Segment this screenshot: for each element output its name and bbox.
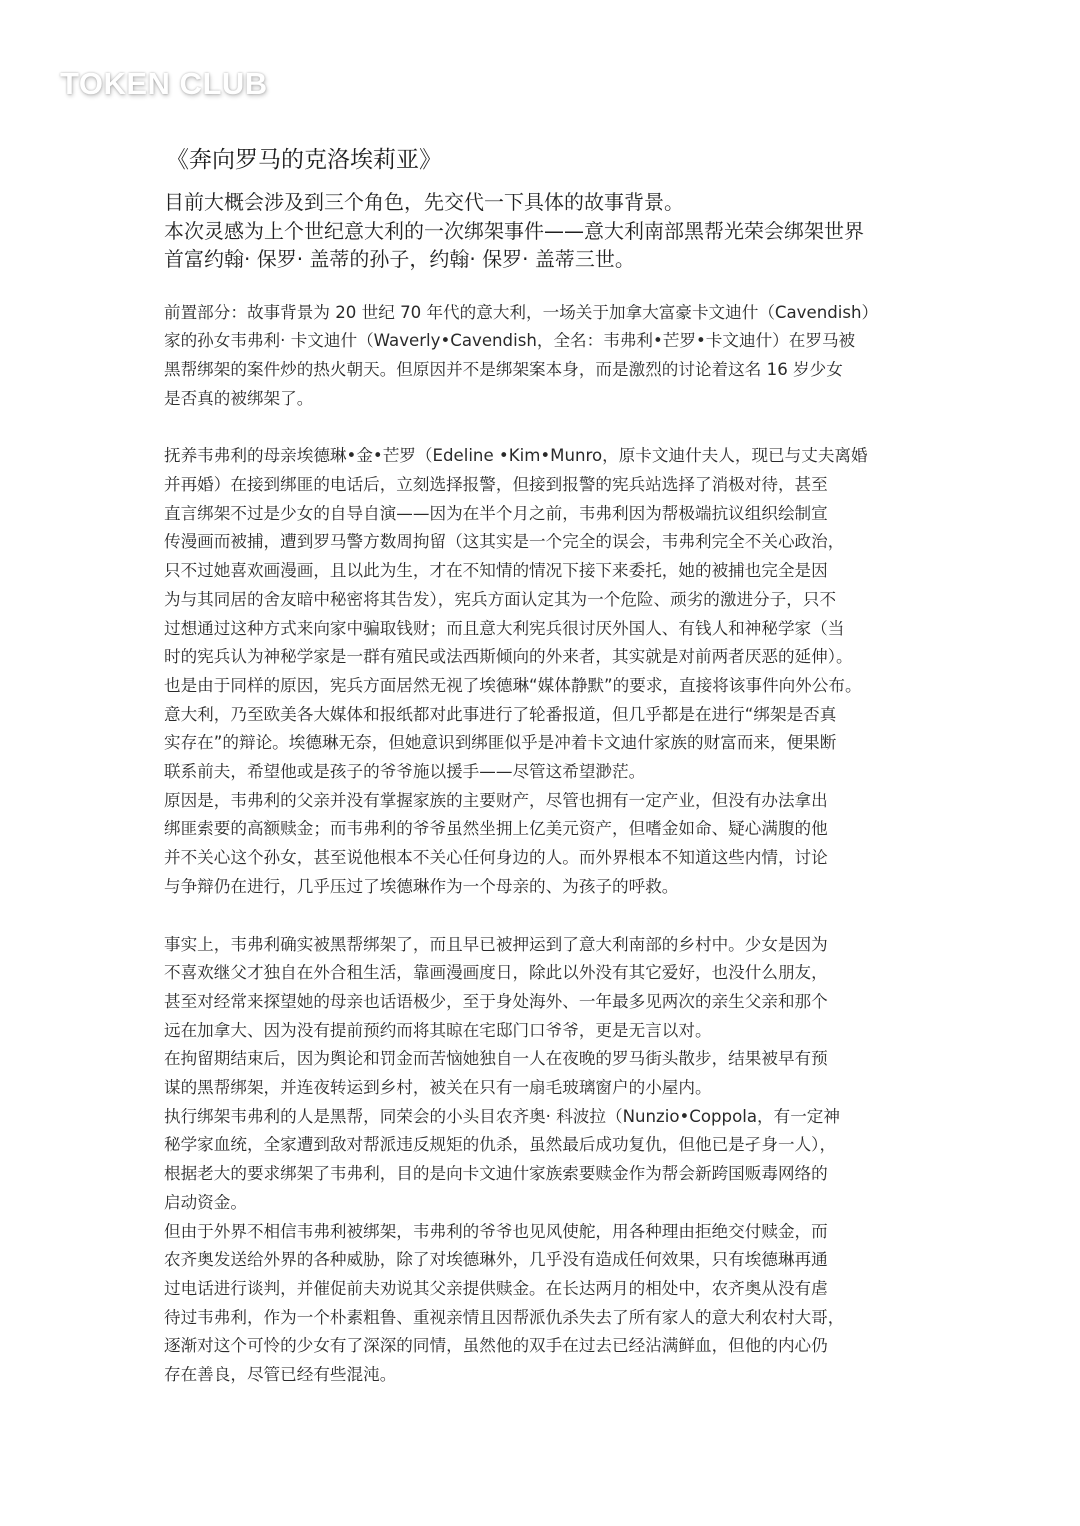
paragraph-line: 逐渐对这个可怜的少女有了深深的同情，虽然他的双手在过去已经沾满鲜血，但他的内心仍 <box>164 1332 934 1361</box>
paragraph-line: 根据老大的要求绑架了韦弗利，目的是向卡文迪什家族索要赎金作为帮会新跨国贩毒网络的 <box>164 1160 934 1189</box>
paragraph-line: 直言绑架不过是少女的自导自演——因为在半个月之前，韦弗利因为帮极端抗议组织绘制宣 <box>164 500 934 529</box>
paragraph-line: 只不过她喜欢画漫画，且以此为生，才在不知情的情况下接下来委托，她的被捕也完全是因 <box>164 557 934 586</box>
paragraph-line: 待过韦弗利，作为一个朴素粗鲁、重视亲情且因帮派仇杀失去了所有家人的意大利农村大哥… <box>164 1304 934 1333</box>
paragraph-line: 时的宪兵认为神秘学家是一群有殖民或法西斯倾向的外来者，其实就是对前两者厌恶的延伸… <box>164 643 934 672</box>
paragraph-line: 事实上，韦弗利确实被黑帮绑架了，而且早已被押运到了意大利南部的乡村中。少女是因为 <box>164 931 934 960</box>
paragraph-line: 与争辩仍在进行，几乎压过了埃德琳作为一个母亲的、为孩子的呼救。 <box>164 873 934 902</box>
paragraph-line: 不喜欢继父才独自在外合租生活，靠画漫画度日，除此以外没有其它爱好，也没什么朋友， <box>164 959 934 988</box>
paragraph-line: 远在加拿大、因为没有提前预约而将其晾在宅邸门口爷爷，更是无言以对。 <box>164 1017 934 1046</box>
paragraph-line: 传漫画而被捕，遭到罗马警方数周拘留（这其实是一个完全的误会，韦弗利完全不关心政治… <box>164 528 934 557</box>
story-background: 前置部分：故事背景为 20 世纪 70 年代的意大利，一场关于加拿大富豪卡文迪什… <box>164 299 934 1390</box>
paragraph-line: 意大利，乃至欧美各大媒体和报纸都对此事进行了轮番报道，但几乎都是在进行“绑架是否… <box>164 701 934 730</box>
paragraph-line: 为与其同居的舍友暗中秘密将其告发），宪兵方面认定其为一个危险、顽劣的激进分子，只… <box>164 586 934 615</box>
paragraph-line: 执行绑架韦弗利的人是黑帮，同荣会的小头目农齐奥· 科波拉（Nunzio•Copp… <box>164 1103 934 1132</box>
document-title: 《奔向罗马的克洛埃莉亚》 <box>166 140 934 180</box>
paragraph-line: 存在善良，尽管已经有些混沌。 <box>164 1361 934 1390</box>
paragraph-line: 黑帮绑架的案件炒的热火朝天。但原因并不是绑架案本身，而是激烈的讨论着这名 16 … <box>164 356 934 385</box>
paragraph-line: 抚养韦弗利的母亲埃德琳•金•芒罗（Edeline •Kim•Munro，原卡文迪… <box>164 442 934 471</box>
paragraph-line: 启动资金。 <box>164 1189 934 1218</box>
paragraph-line: 过想通过这种方式来向家中骗取钱财；而且意大利宪兵很讨厌外国人、有钱人和神秘学家（… <box>164 615 934 644</box>
paragraph-line: 谋的黑帮绑架，并连夜转运到乡村，被关在只有一扇毛玻璃窗户的小屋内。 <box>164 1074 934 1103</box>
paragraph-line: 但由于外界不相信韦弗利被绑架，韦弗利的爷爷也见风使舵，用各种理由拒绝交付赎金，而 <box>164 1218 934 1247</box>
intro-section: 目前大概会涉及到三个角色，先交代一下具体的故事背景。本次灵感为上个世纪意大利的一… <box>164 188 934 274</box>
paragraph-line: 在拘留期结束后，因为舆论和罚金而苦恼她独自一人在夜晚的罗马街头散步，结果被早有预 <box>164 1045 934 1074</box>
paragraph-line: 过电话进行谈判，并催促前夫劝说其父亲提供赎金。在长达两月的相处中，农齐奥从没有虐 <box>164 1275 934 1304</box>
paragraph-group: 前置部分：故事背景为 20 世纪 70 年代的意大利，一场关于加拿大富豪卡文迪什… <box>164 299 934 414</box>
paragraph-line: 是否真的被绑架了。 <box>164 385 934 414</box>
document-body: 《奔向罗马的克洛埃莉亚》 目前大概会涉及到三个角色，先交代一下具体的故事背景。本… <box>164 140 934 1419</box>
paragraph-line: 并再婚）在接到绑匪的电话后，立刻选择报警，但接到报警的宪兵站选择了消极对待，甚至 <box>164 471 934 500</box>
paragraph-line: 绑匪索要的高额赎金；而韦弗利的爷爷虽然坐拥上亿美元资产，但嗜金如命、疑心满腹的他 <box>164 815 934 844</box>
paragraph-line: 也是由于同样的原因，宪兵方面居然无视了埃德琳“媒体静默”的要求，直接将该事件向外… <box>164 672 934 701</box>
paragraph-line: 秘学家血统，全家遭到敌对帮派违反规矩的仇杀，虽然最后成功复仇，但他已是孑身一人）… <box>164 1131 934 1160</box>
paragraph-line: 甚至对经常来探望她的母亲也话语极少，至于身处海外、一年最多见两次的亲生父亲和那个 <box>164 988 934 1017</box>
paragraph-line: 农齐奥发送给外界的各种威胁，除了对埃德琳外，几乎没有造成任何效果，只有埃德琳再通 <box>164 1246 934 1275</box>
paragraph-line: 前置部分：故事背景为 20 世纪 70 年代的意大利，一场关于加拿大富豪卡文迪什… <box>164 299 934 328</box>
intro-line: 首富约翰· 保罗· 盖蒂的孙子，约翰· 保罗· 盖蒂三世。 <box>164 245 934 274</box>
intro-line: 目前大概会涉及到三个角色，先交代一下具体的故事背景。 <box>164 188 934 217</box>
paragraph-group: 事实上，韦弗利确实被黑帮绑架了，而且早已被押运到了意大利南部的乡村中。少女是因为… <box>164 931 934 1390</box>
paragraph-group: 抚养韦弗利的母亲埃德琳•金•芒罗（Edeline •Kim•Munro，原卡文迪… <box>164 442 934 901</box>
paragraph-line: 并不关心这个孙女，甚至说他根本不关心任何身边的人。而外界根本不知道这些内情，讨论 <box>164 844 934 873</box>
intro-line: 本次灵感为上个世纪意大利的一次绑架事件——意大利南部黑帮光荣会绑架世界 <box>164 217 934 246</box>
paragraph-line: 家的孙女韦弗利· 卡文迪什（Waverly•Cavendish，全名：韦弗利•芒… <box>164 327 934 356</box>
paragraph-line: 实存在”的辩论。埃德琳无奈，但她意识到绑匪似乎是冲着卡文迪什家族的财富而来，便果… <box>164 729 934 758</box>
paragraph-line: 原因是，韦弗利的父亲并没有掌握家族的主要财产，尽管也拥有一定产业，但没有办法拿出 <box>164 787 934 816</box>
paragraph-line: 联系前夫，希望他或是孩子的爷爷施以援手——尽管这希望渺茫。 <box>164 758 934 787</box>
watermark-logo: TOKEN CLUB <box>60 66 268 102</box>
